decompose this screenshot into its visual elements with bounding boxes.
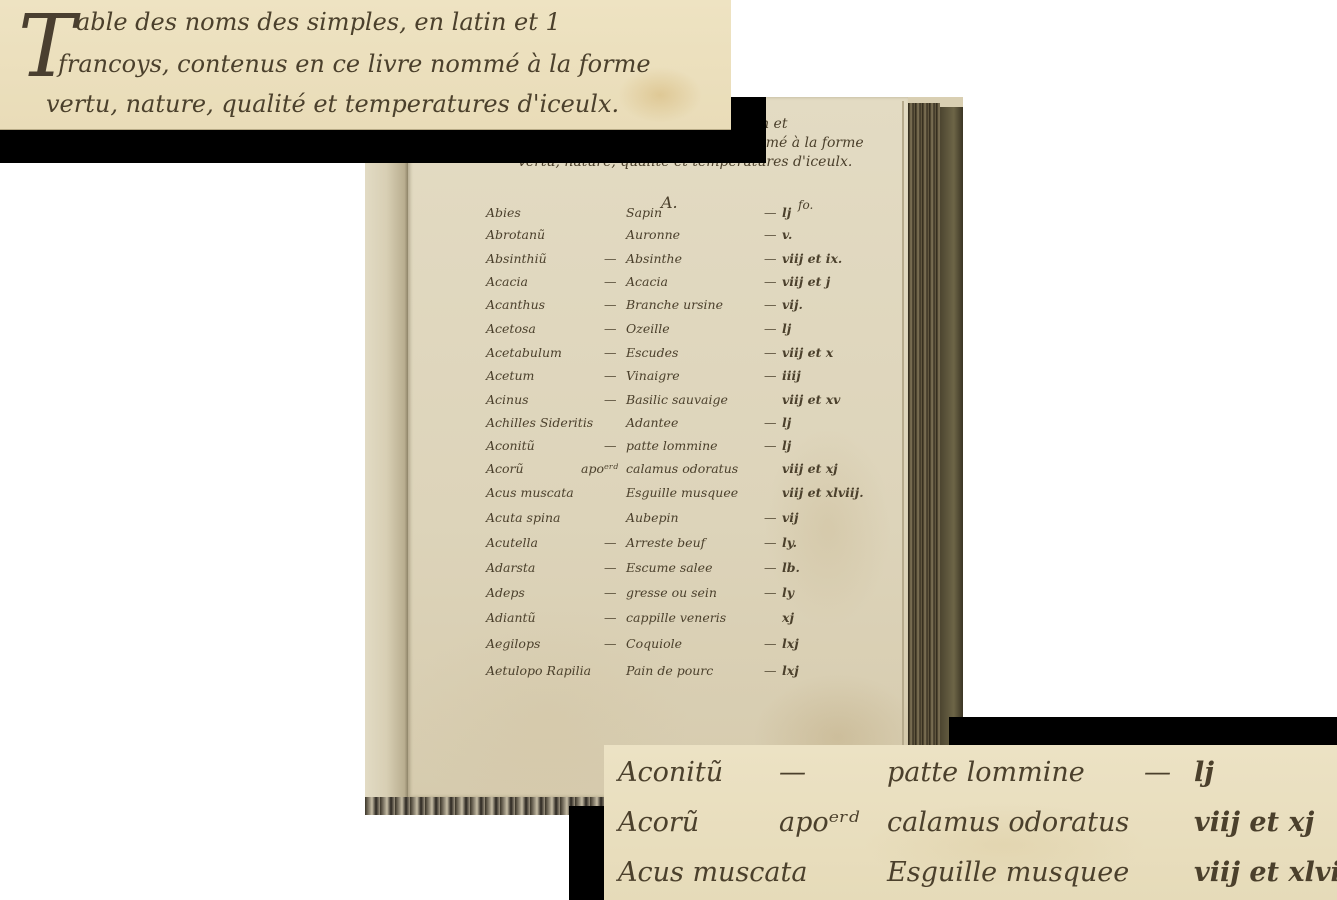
- french-name: Escume salee: [626, 560, 756, 575]
- french-name: Adantee: [626, 415, 756, 430]
- folio-number: ly.: [782, 535, 797, 550]
- dash: —: [604, 585, 617, 600]
- folio-number: viij et xlviij.: [782, 485, 864, 500]
- latin-name: Aetulopo Rapilia: [486, 663, 606, 678]
- french-name: Esguille musquee: [626, 485, 756, 500]
- folio-number: vij.: [782, 297, 803, 312]
- folio-number: lj: [782, 321, 791, 336]
- latin-name: Absinthiũ: [486, 251, 606, 266]
- french-name: Esguille musquee: [887, 857, 1129, 888]
- folio-number: viij et xv: [782, 392, 840, 407]
- inset-header-line-2: francoys, contenus en ce livre nommé à l…: [58, 50, 651, 78]
- manuscript-book-photo: T able des noms des simples, en latin et…: [365, 97, 963, 815]
- dash: —: [764, 535, 777, 550]
- dash: —: [604, 368, 617, 383]
- french-name: calamus odoratus: [626, 461, 756, 476]
- inset-header-line-3: vertu, nature, qualité et temperatures d…: [46, 90, 619, 118]
- manuscript-page: T able des noms des simples, en latin et…: [408, 97, 908, 797]
- folio-number: lj: [1194, 757, 1214, 788]
- french-name: Aubepin: [626, 510, 756, 525]
- french-name: Arreste beuf: [626, 535, 756, 550]
- inset-bottom-shadow-left: [569, 806, 604, 900]
- latin-name: Acetum: [486, 368, 606, 383]
- facing-page-edge: [365, 97, 408, 797]
- dash: —: [764, 251, 777, 266]
- latin-name: Acanthus: [486, 297, 606, 312]
- folio-number: ly: [782, 585, 794, 600]
- magnified-header-inset: T able des noms des simples, en latin et…: [0, 0, 731, 130]
- page-edge-line: [902, 101, 904, 791]
- dash: —: [604, 535, 617, 550]
- folio-number: lb.: [782, 560, 800, 575]
- latin-name: Acinus: [486, 392, 606, 407]
- folio-number: lxj: [782, 663, 799, 678]
- dash: —: [764, 297, 777, 312]
- dash: —: [604, 636, 617, 651]
- latin-name: Acutella: [486, 535, 606, 550]
- folio-number: lj: [782, 205, 791, 220]
- dash: —: [764, 636, 777, 651]
- annotation: apoᵉʳᵈ: [581, 461, 618, 476]
- folio-number: viij et xj: [782, 461, 838, 476]
- dash: —: [604, 274, 617, 289]
- dash: —: [764, 663, 777, 678]
- dash: —: [764, 560, 777, 575]
- latin-name: Aconitũ: [486, 438, 606, 453]
- folio-number: viij et j: [782, 274, 830, 289]
- inset-header-line-1: able des noms des simples, en latin et 1: [76, 8, 561, 36]
- book-fore-edge: [908, 103, 940, 803]
- folio-number: vij: [782, 510, 799, 525]
- dash: —: [764, 415, 777, 430]
- folio-number: xj: [782, 610, 794, 625]
- dash: —: [604, 251, 617, 266]
- dash: —: [604, 345, 617, 360]
- folio-number: lj: [782, 438, 791, 453]
- dash: —: [764, 510, 777, 525]
- french-name: Auronne: [626, 227, 756, 242]
- latin-name: Aconitũ: [618, 757, 723, 788]
- latin-name: Abies: [486, 205, 606, 220]
- dash: —: [764, 227, 777, 242]
- french-name: calamus odoratus: [887, 807, 1129, 838]
- dash: —: [604, 321, 617, 336]
- folio-number: viij et x: [782, 345, 833, 360]
- french-name: Branche ursine: [626, 297, 756, 312]
- latin-name: Aegilops: [486, 636, 606, 651]
- dash: —: [604, 392, 617, 407]
- dash: —: [604, 438, 617, 453]
- folio-number: viij et xlviij.: [1194, 857, 1337, 888]
- dash: —: [764, 274, 777, 289]
- dash: —: [764, 205, 777, 220]
- folio-number: lxj: [782, 636, 799, 651]
- latin-name: Achilles Sideritis: [486, 415, 606, 430]
- folio-number: viij et xj: [1194, 807, 1314, 838]
- book-cover-edge: [940, 107, 963, 803]
- dash: —: [779, 757, 806, 788]
- dash: —: [604, 560, 617, 575]
- french-name: Acacia: [626, 274, 756, 289]
- latin-name: Acetosa: [486, 321, 606, 336]
- french-name: Absinthe: [626, 251, 756, 266]
- dash: —: [764, 585, 777, 600]
- french-name: Escudes: [626, 345, 756, 360]
- dash: —: [1144, 757, 1171, 788]
- latin-name: Adarsta: [486, 560, 606, 575]
- folio-number: lj: [782, 415, 791, 430]
- latin-name: Abrotanũ: [486, 227, 606, 242]
- annotation: apoᵉʳᵈ: [779, 807, 859, 838]
- dash: —: [764, 321, 777, 336]
- folio-heading: fo.: [798, 198, 813, 212]
- french-name: Coquiole: [626, 636, 756, 651]
- french-name: Pain de pourc: [626, 663, 756, 678]
- latin-name: Acacia: [486, 274, 606, 289]
- dash: —: [764, 345, 777, 360]
- latin-name: Acorũ: [618, 807, 699, 838]
- inset-bottom-shadow: [949, 717, 1337, 745]
- latin-name: Acus muscata: [486, 485, 606, 500]
- folio-number: iiij: [782, 368, 801, 383]
- folio-number: viij et ix.: [782, 251, 842, 266]
- french-name: patte lommine: [626, 438, 756, 453]
- french-name: cappille veneris: [626, 610, 756, 625]
- magnified-rows-inset: Aconitũ — patte lommine — lj Acorũ apo…: [604, 745, 1337, 900]
- dash: —: [604, 610, 617, 625]
- french-name: patte lommine: [887, 757, 1085, 788]
- latin-name: Acuta spina: [486, 510, 606, 525]
- latin-name: Acus muscata: [618, 857, 807, 888]
- french-name: Sapin: [626, 205, 756, 220]
- french-name: gresse ou sein: [626, 585, 756, 600]
- folio-number: v.: [782, 227, 792, 242]
- french-name: Ozeille: [626, 321, 756, 336]
- dash: —: [764, 438, 777, 453]
- latin-name: Acetabulum: [486, 345, 606, 360]
- dash: —: [604, 297, 617, 312]
- latin-name: Adiantũ: [486, 610, 606, 625]
- dash: —: [764, 368, 777, 383]
- french-name: Basilic sauvaige: [626, 392, 756, 407]
- french-name: Vinaigre: [626, 368, 756, 383]
- latin-name: Adeps: [486, 585, 606, 600]
